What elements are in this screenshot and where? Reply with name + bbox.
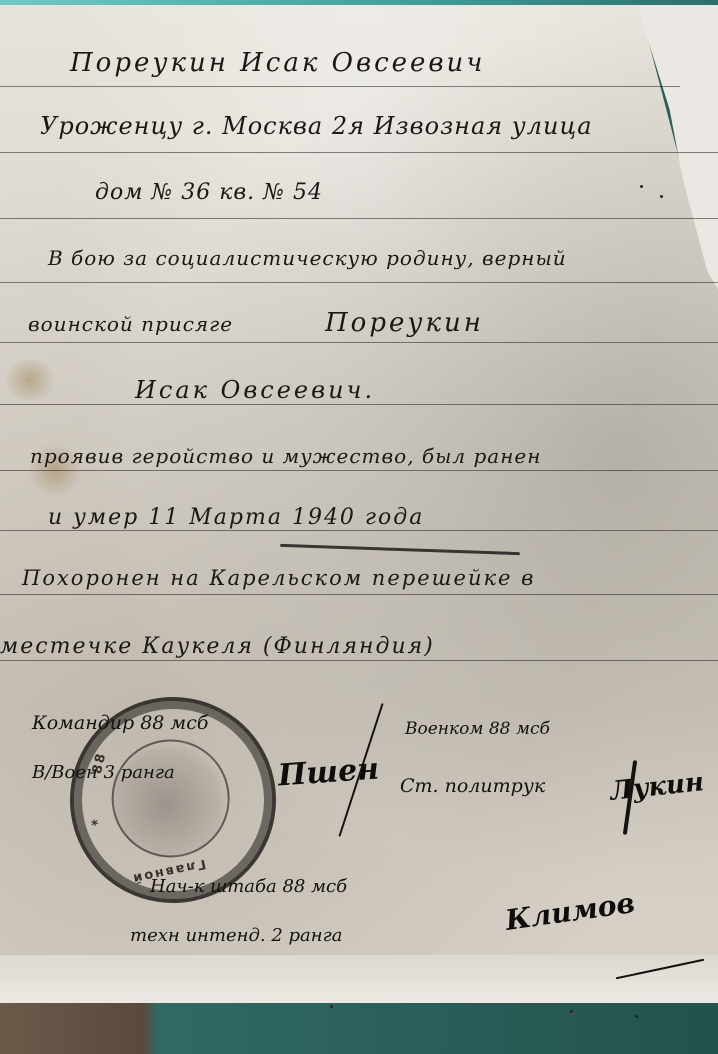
burial-place-line: местечке Каукеля (Финляндия) xyxy=(0,634,435,659)
chief-of-staff-rank: техн интенд. 2 ранга xyxy=(130,925,342,946)
date-of-death-line: и умер 11 Марта 1940 года xyxy=(48,505,424,530)
ruled-line xyxy=(0,342,718,343)
text-line: воинской присяге xyxy=(28,312,233,336)
speck xyxy=(570,1010,573,1013)
ruled-line xyxy=(0,152,718,153)
soldier-given-name: Исак Овсеевич. xyxy=(135,376,375,404)
ruled-line xyxy=(0,470,718,471)
commander-title: Командир 88 мсб xyxy=(32,712,208,734)
ruled-line xyxy=(0,530,718,531)
text-line: проявив геройство и мужество, был ранен xyxy=(30,444,541,468)
text-line: В бою за социалистическую родину, верный xyxy=(48,246,567,270)
stamp-star-icon: * xyxy=(90,817,102,835)
burial-line: Похоронен на Карельском перешейке в xyxy=(22,566,535,590)
stamp-emblem xyxy=(101,728,241,868)
commander-rank: В/Воен 3 ранга xyxy=(32,762,175,783)
soldier-surname: Пореукин xyxy=(325,308,484,338)
commissar-title: Военком 88 мсб xyxy=(405,719,550,739)
chief-of-staff-title: Нач-к штаба 88 мсб xyxy=(150,876,347,897)
ruled-line xyxy=(0,404,718,405)
ruled-line xyxy=(0,660,718,661)
ruled-line xyxy=(0,86,680,87)
speck xyxy=(330,1005,333,1008)
ruled-line xyxy=(0,594,718,595)
speck xyxy=(635,1015,638,1018)
speck xyxy=(640,185,643,188)
background-bottom xyxy=(0,1003,718,1054)
recipient-name: Пореукин Исак Овсеевич xyxy=(70,48,485,78)
address-line: дом № 36 кв. № 54 xyxy=(95,180,323,205)
commissar-rank: Ст. политрук xyxy=(400,775,545,797)
paper-bottom-margin xyxy=(0,955,718,1003)
stain xyxy=(0,360,60,400)
ruled-line xyxy=(0,218,718,219)
ruled-line xyxy=(0,282,718,283)
birthplace-line: Уроженцу г. Москва 2я Извозная улица xyxy=(40,112,593,140)
speck xyxy=(660,195,663,198)
